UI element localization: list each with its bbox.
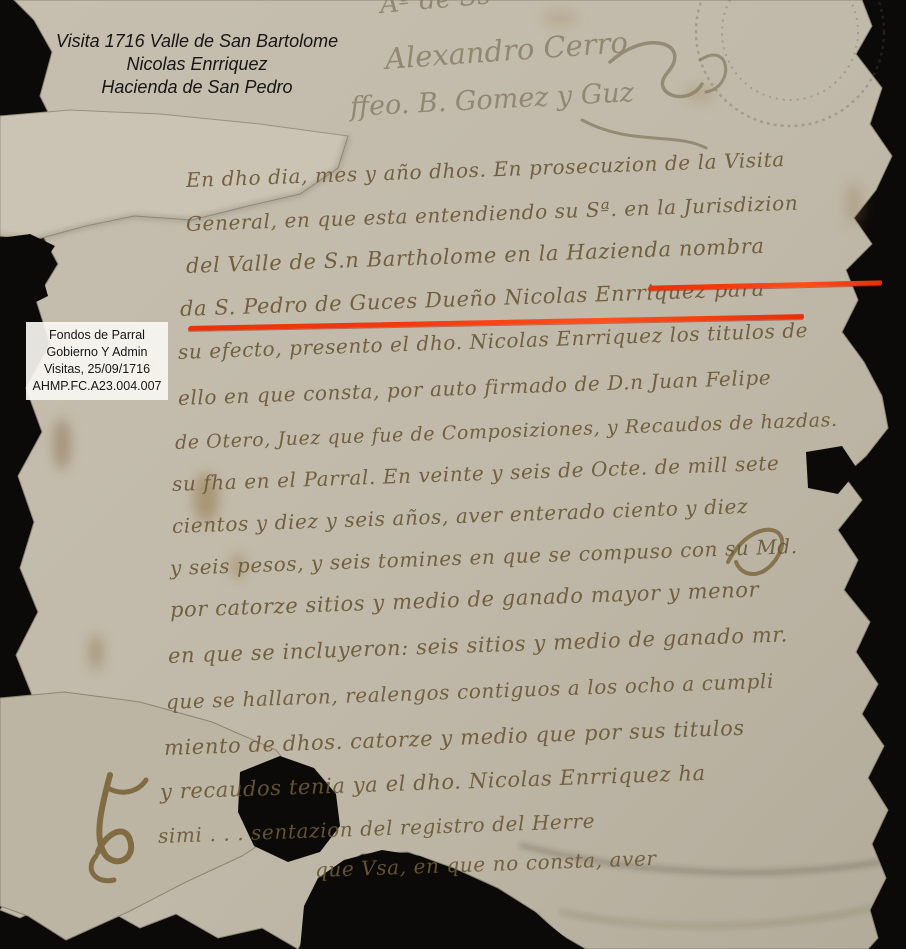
manuscript-line: simi . . . sentazion del registro del He… bbox=[158, 809, 596, 848]
archive-label-line: Gobierno Y Admin bbox=[28, 344, 166, 361]
manuscript-line: miento de dhos. catorze y medio que por … bbox=[164, 716, 746, 760]
manuscript-line: En dho dia, mes y año dhos. En prosecuzi… bbox=[186, 147, 786, 192]
manuscript-line: y seis pesos, y seis tomines en que se c… bbox=[170, 534, 798, 580]
signature-line: Aº de Ssº bbox=[379, 0, 504, 20]
manuscript-line: ello en que consta, por auto firmado de … bbox=[178, 365, 772, 410]
manuscript-line: del Valle de S.n Bartholome en la Hazien… bbox=[186, 234, 765, 278]
manuscript-line: cientos y diez y seis años, aver enterad… bbox=[172, 494, 749, 538]
signature-line: ffeo. B. Gomez y Guz bbox=[349, 77, 635, 123]
caption-overlay: Visita 1716 Valle de San Bartolome Nicol… bbox=[38, 30, 356, 99]
archive-label-line: Fondos de Parral bbox=[28, 327, 166, 344]
manuscript-photo: Aº de Ssº Alexandro Cerro ffeo. B. Gomez… bbox=[0, 0, 906, 949]
caption-line: Nicolas Enrriquez bbox=[38, 53, 356, 76]
manuscript-line: por catorze sitios y medio de ganado may… bbox=[170, 577, 760, 622]
manuscript-line: que se hallaron, realengos contiguos a l… bbox=[166, 669, 775, 714]
archive-label: Fondos de Parral Gobierno Y Admin Visita… bbox=[26, 322, 168, 400]
manuscript-line: que Vsa, en que no consta, aver bbox=[315, 846, 657, 882]
caption-line: Hacienda de San Pedro bbox=[38, 76, 356, 99]
caption-line: Visita 1716 Valle de San Bartolome bbox=[38, 30, 356, 53]
manuscript-line: y recaudos tenia ya el dho. Nicolas Enrr… bbox=[160, 761, 706, 804]
manuscript-line: da S. Pedro de Guces Dueño Nicolas Enrri… bbox=[180, 277, 766, 321]
handwritten-text-layer: Aº de Ssº Alexandro Cerro ffeo. B. Gomez… bbox=[0, 0, 906, 949]
manuscript-line: General, en que esta entendiendo su Sª. … bbox=[186, 191, 799, 236]
archive-label-line: AHMP.FC.A23.004.007 bbox=[28, 378, 166, 395]
archive-label-line: Visitas, 25/09/1716 bbox=[28, 361, 166, 378]
manuscript-line: en que se incluyeron: seis sitios y medi… bbox=[168, 622, 789, 668]
manuscript-line: de Otero, Juez que fue de Composiziones,… bbox=[175, 409, 838, 454]
signature-line: Alexandro Cerro bbox=[384, 25, 629, 76]
manuscript-line: su fha en el Parral. En veinte y seis de… bbox=[172, 451, 780, 496]
